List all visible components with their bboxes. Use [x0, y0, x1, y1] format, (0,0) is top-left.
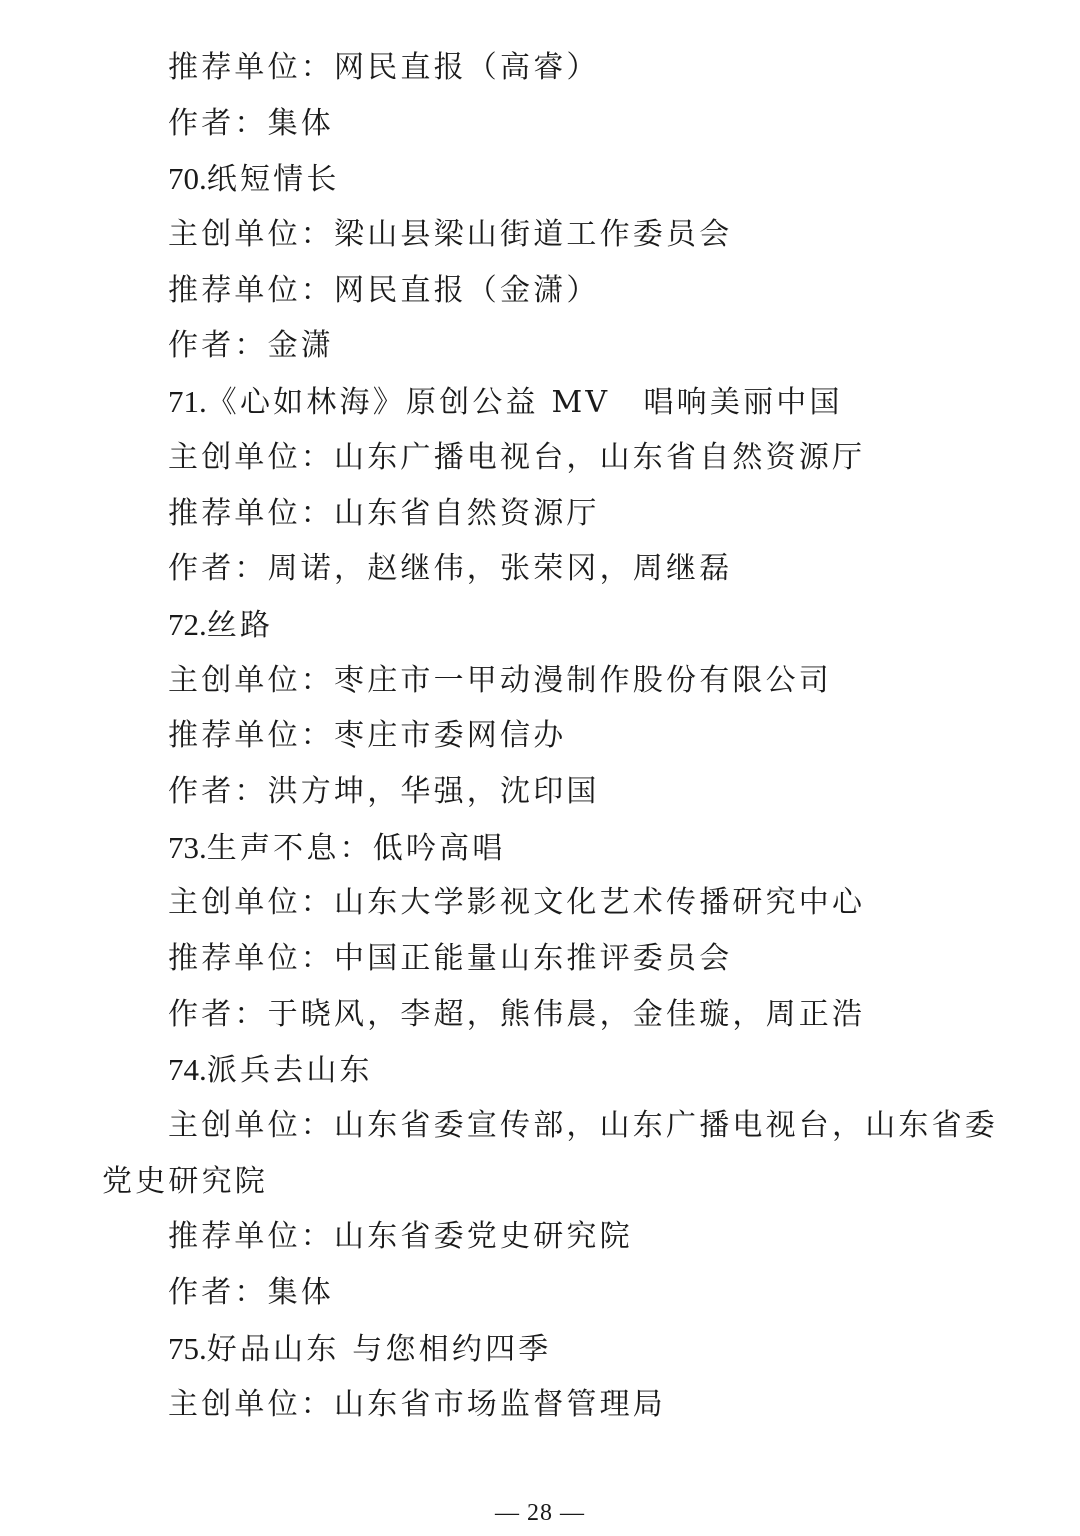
document-body: 推荐单位：网民直报（高睿） 作者：集体 70.纸短情长 主创单位：梁山县梁山街道…	[102, 40, 982, 1432]
field-label: 主创单位：	[168, 663, 334, 698]
field-creator: 主创单位：山东省市场监督管理局	[102, 1377, 982, 1433]
field-label: 作者：	[168, 1275, 268, 1310]
field-label: 作者：	[168, 997, 268, 1032]
field-value: 枣庄市一甲动漫制作股份有限公司	[334, 663, 832, 698]
field-label: 推荐单位：	[168, 273, 334, 308]
field-value: 山东省委党史研究院	[334, 1219, 633, 1254]
entry-title: 生声不息：低吟高唱	[207, 831, 506, 866]
field-value: 山东省自然资源厅	[334, 496, 600, 531]
field-author: 作者：集体	[102, 1265, 982, 1321]
field-recommender: 推荐单位：网民直报（高睿）	[102, 40, 982, 96]
field-author: 作者：周诺，赵继伟，张荣冈，周继磊	[102, 541, 982, 597]
field-value: 集体	[268, 106, 334, 141]
field-recommender: 推荐单位：山东省自然资源厅	[102, 486, 982, 542]
field-label: 主创单位：	[168, 1387, 334, 1422]
field-recommender: 推荐单位：中国正能量山东推评委员会	[102, 931, 982, 987]
entry-title-71: 71.《心如林海》原创公益 MV 唱响美丽中国	[102, 374, 982, 430]
field-value: 山东大学影视文化艺术传播研究中心	[334, 885, 865, 920]
field-value: 周诺，赵继伟，张荣冈，周继磊	[268, 551, 733, 586]
field-value: 集体	[268, 1275, 334, 1310]
entry-number: 75.	[168, 1331, 207, 1366]
field-value: 网民直报（金潇）	[334, 273, 600, 308]
field-value: 党史研究院	[102, 1164, 268, 1199]
field-label: 主创单位：	[168, 217, 334, 252]
field-creator: 主创单位：梁山县梁山街道工作委员会	[102, 207, 982, 263]
field-label: 作者：	[168, 106, 268, 141]
field-value: 洪方坤，华强，沈印国	[268, 774, 600, 809]
field-label: 推荐单位：	[168, 1219, 334, 1254]
field-value: 山东广播电视台，山东省自然资源厅	[334, 440, 865, 475]
entry-title-74: 74.派兵去山东	[102, 1042, 982, 1098]
entry-title-72: 72.丝路	[102, 597, 982, 653]
entry-number: 71.	[168, 384, 207, 419]
document-page: 推荐单位：网民直报（高睿） 作者：集体 70.纸短情长 主创单位：梁山县梁山街道…	[0, 0, 1080, 1536]
field-label: 作者：	[168, 774, 268, 809]
field-creator: 主创单位：枣庄市一甲动漫制作股份有限公司	[102, 653, 982, 709]
field-author: 作者：于晓风，李超，熊伟晨，金佳璇，周正浩	[102, 987, 982, 1043]
field-recommender: 推荐单位：枣庄市委网信办	[102, 708, 982, 764]
entry-number: 74.	[168, 1052, 207, 1087]
entry-title: 《心如林海》原创公益 MV 唱响美丽中国	[207, 385, 843, 420]
field-value: 梁山县梁山街道工作委员会	[334, 217, 732, 252]
field-label: 推荐单位：	[168, 496, 334, 531]
field-recommender: 推荐单位：山东省委党史研究院	[102, 1209, 982, 1265]
field-label: 推荐单位：	[168, 718, 334, 753]
entry-number: 70.	[168, 161, 207, 196]
field-creator: 主创单位：山东大学影视文化艺术传播研究中心	[102, 875, 982, 931]
field-creator-continuation: 党史研究院	[102, 1154, 982, 1210]
field-value: 山东省委宣传部，山东广播电视台，山东省委	[334, 1108, 998, 1143]
field-label: 主创单位：	[168, 1108, 334, 1143]
field-label: 作者：	[168, 551, 268, 586]
field-value: 于晓风，李超，熊伟晨，金佳璇，周正浩	[268, 997, 866, 1032]
field-author: 作者：金潇	[102, 318, 982, 374]
entry-title-75: 75.好品山东 与您相约四季	[102, 1321, 982, 1377]
field-value: 枣庄市委网信办	[334, 718, 566, 753]
field-creator: 主创单位：山东广播电视台，山东省自然资源厅	[102, 430, 982, 486]
field-value: 山东省市场监督管理局	[334, 1387, 666, 1422]
field-label: 推荐单位：	[168, 941, 334, 976]
page-number: — 28 —	[0, 1500, 1080, 1527]
entry-number: 72.	[168, 607, 207, 642]
entry-title: 派兵去山东	[207, 1053, 373, 1088]
field-label: 主创单位：	[168, 885, 334, 920]
entry-title-73: 73.生声不息：低吟高唱	[102, 820, 982, 876]
field-label: 推荐单位：	[168, 50, 334, 85]
entry-title: 丝路	[207, 608, 273, 643]
field-value: 网民直报（高睿）	[334, 50, 600, 85]
entry-title: 纸短情长	[207, 162, 340, 197]
field-value: 中国正能量山东推评委员会	[334, 941, 732, 976]
field-recommender: 推荐单位：网民直报（金潇）	[102, 263, 982, 319]
field-value: 金潇	[268, 328, 334, 363]
field-label: 作者：	[168, 328, 268, 363]
field-label: 主创单位：	[168, 440, 334, 475]
field-author: 作者：集体	[102, 96, 982, 152]
field-creator: 主创单位：山东省委宣传部，山东广播电视台，山东省委	[102, 1098, 982, 1154]
entry-number: 73.	[168, 830, 207, 865]
entry-title: 好品山东 与您相约四季	[207, 1332, 552, 1367]
entry-title-70: 70.纸短情长	[102, 151, 982, 207]
field-author: 作者：洪方坤，华强，沈印国	[102, 764, 982, 820]
